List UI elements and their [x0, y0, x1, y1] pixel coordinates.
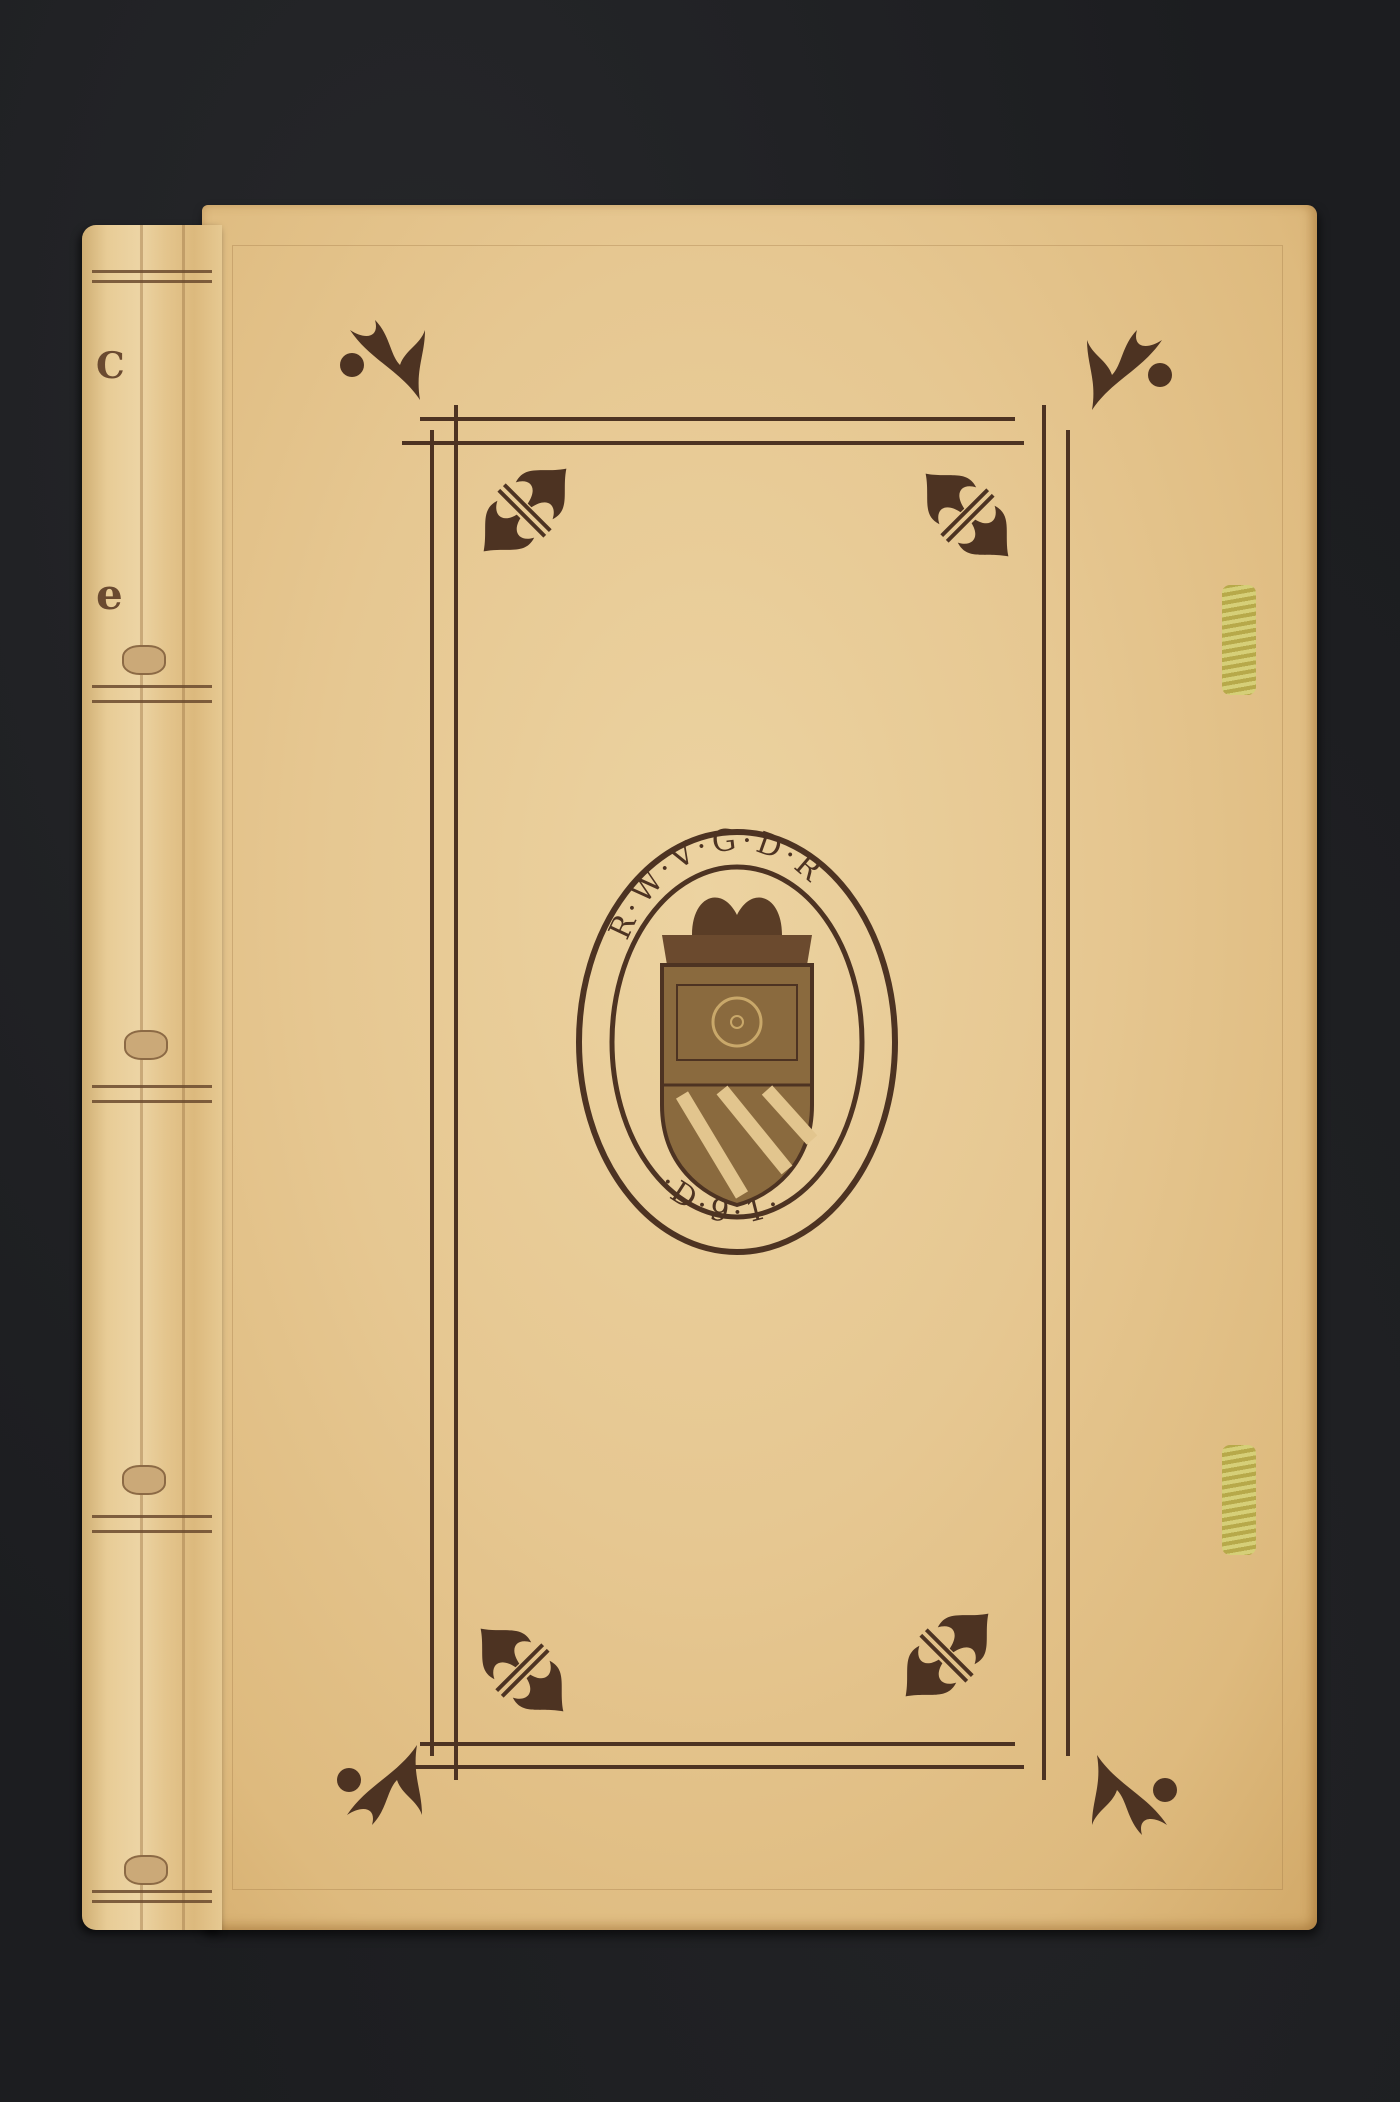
spine-letter: e: [96, 570, 123, 619]
spine-band-line: [92, 700, 212, 703]
book: R·W·V·G·D·R ·D·9·1·: [82, 205, 1322, 1935]
frame-line-left-inner: [454, 405, 458, 1780]
armorial-emblem: R·W·V·G·D·R ·D·9·1·: [572, 825, 902, 1259]
spine-cord-knot: [124, 1855, 168, 1885]
corner-ornament-icon: [882, 1590, 1012, 1720]
frame-line-left-outer: [430, 430, 434, 1756]
spine-groove: [182, 225, 185, 1930]
spine-cord-knot: [122, 1465, 166, 1495]
fleuron-icon: [1087, 1745, 1187, 1845]
book-spine: C e: [82, 225, 222, 1930]
spine-band-line: [92, 1530, 212, 1533]
fleuron-icon: [327, 1735, 427, 1835]
fabric-tie-top: [1222, 585, 1256, 695]
spine-band-line: [92, 1100, 212, 1103]
spine-groove: [140, 225, 143, 1930]
spine-band-line: [92, 1890, 212, 1893]
spine-cord-knot: [124, 1030, 168, 1060]
spine-letter: C: [96, 345, 125, 387]
frame-line-bottom-outer: [402, 1765, 1024, 1769]
spine-band-line: [92, 685, 212, 688]
spine-band-line: [92, 280, 212, 283]
corner-ornament-icon: [457, 1605, 587, 1735]
fleuron-icon: [1082, 320, 1182, 420]
spine-band-line: [92, 270, 212, 273]
spine-band-line: [92, 1900, 212, 1903]
fabric-tie-bottom: [1222, 1445, 1256, 1555]
fleuron-icon: [330, 310, 430, 410]
frame-line-right-outer: [1066, 430, 1070, 1756]
corner-ornament-icon: [460, 445, 590, 575]
spine-band-line: [92, 1085, 212, 1088]
spine-band-line: [92, 1515, 212, 1518]
frame-line-top-outer: [420, 417, 1015, 421]
corner-ornament-icon: [902, 450, 1032, 580]
frame-line-bottom-inner: [420, 1742, 1015, 1746]
frame-line-right-inner: [1042, 405, 1046, 1780]
spine-cord-knot: [122, 645, 166, 675]
